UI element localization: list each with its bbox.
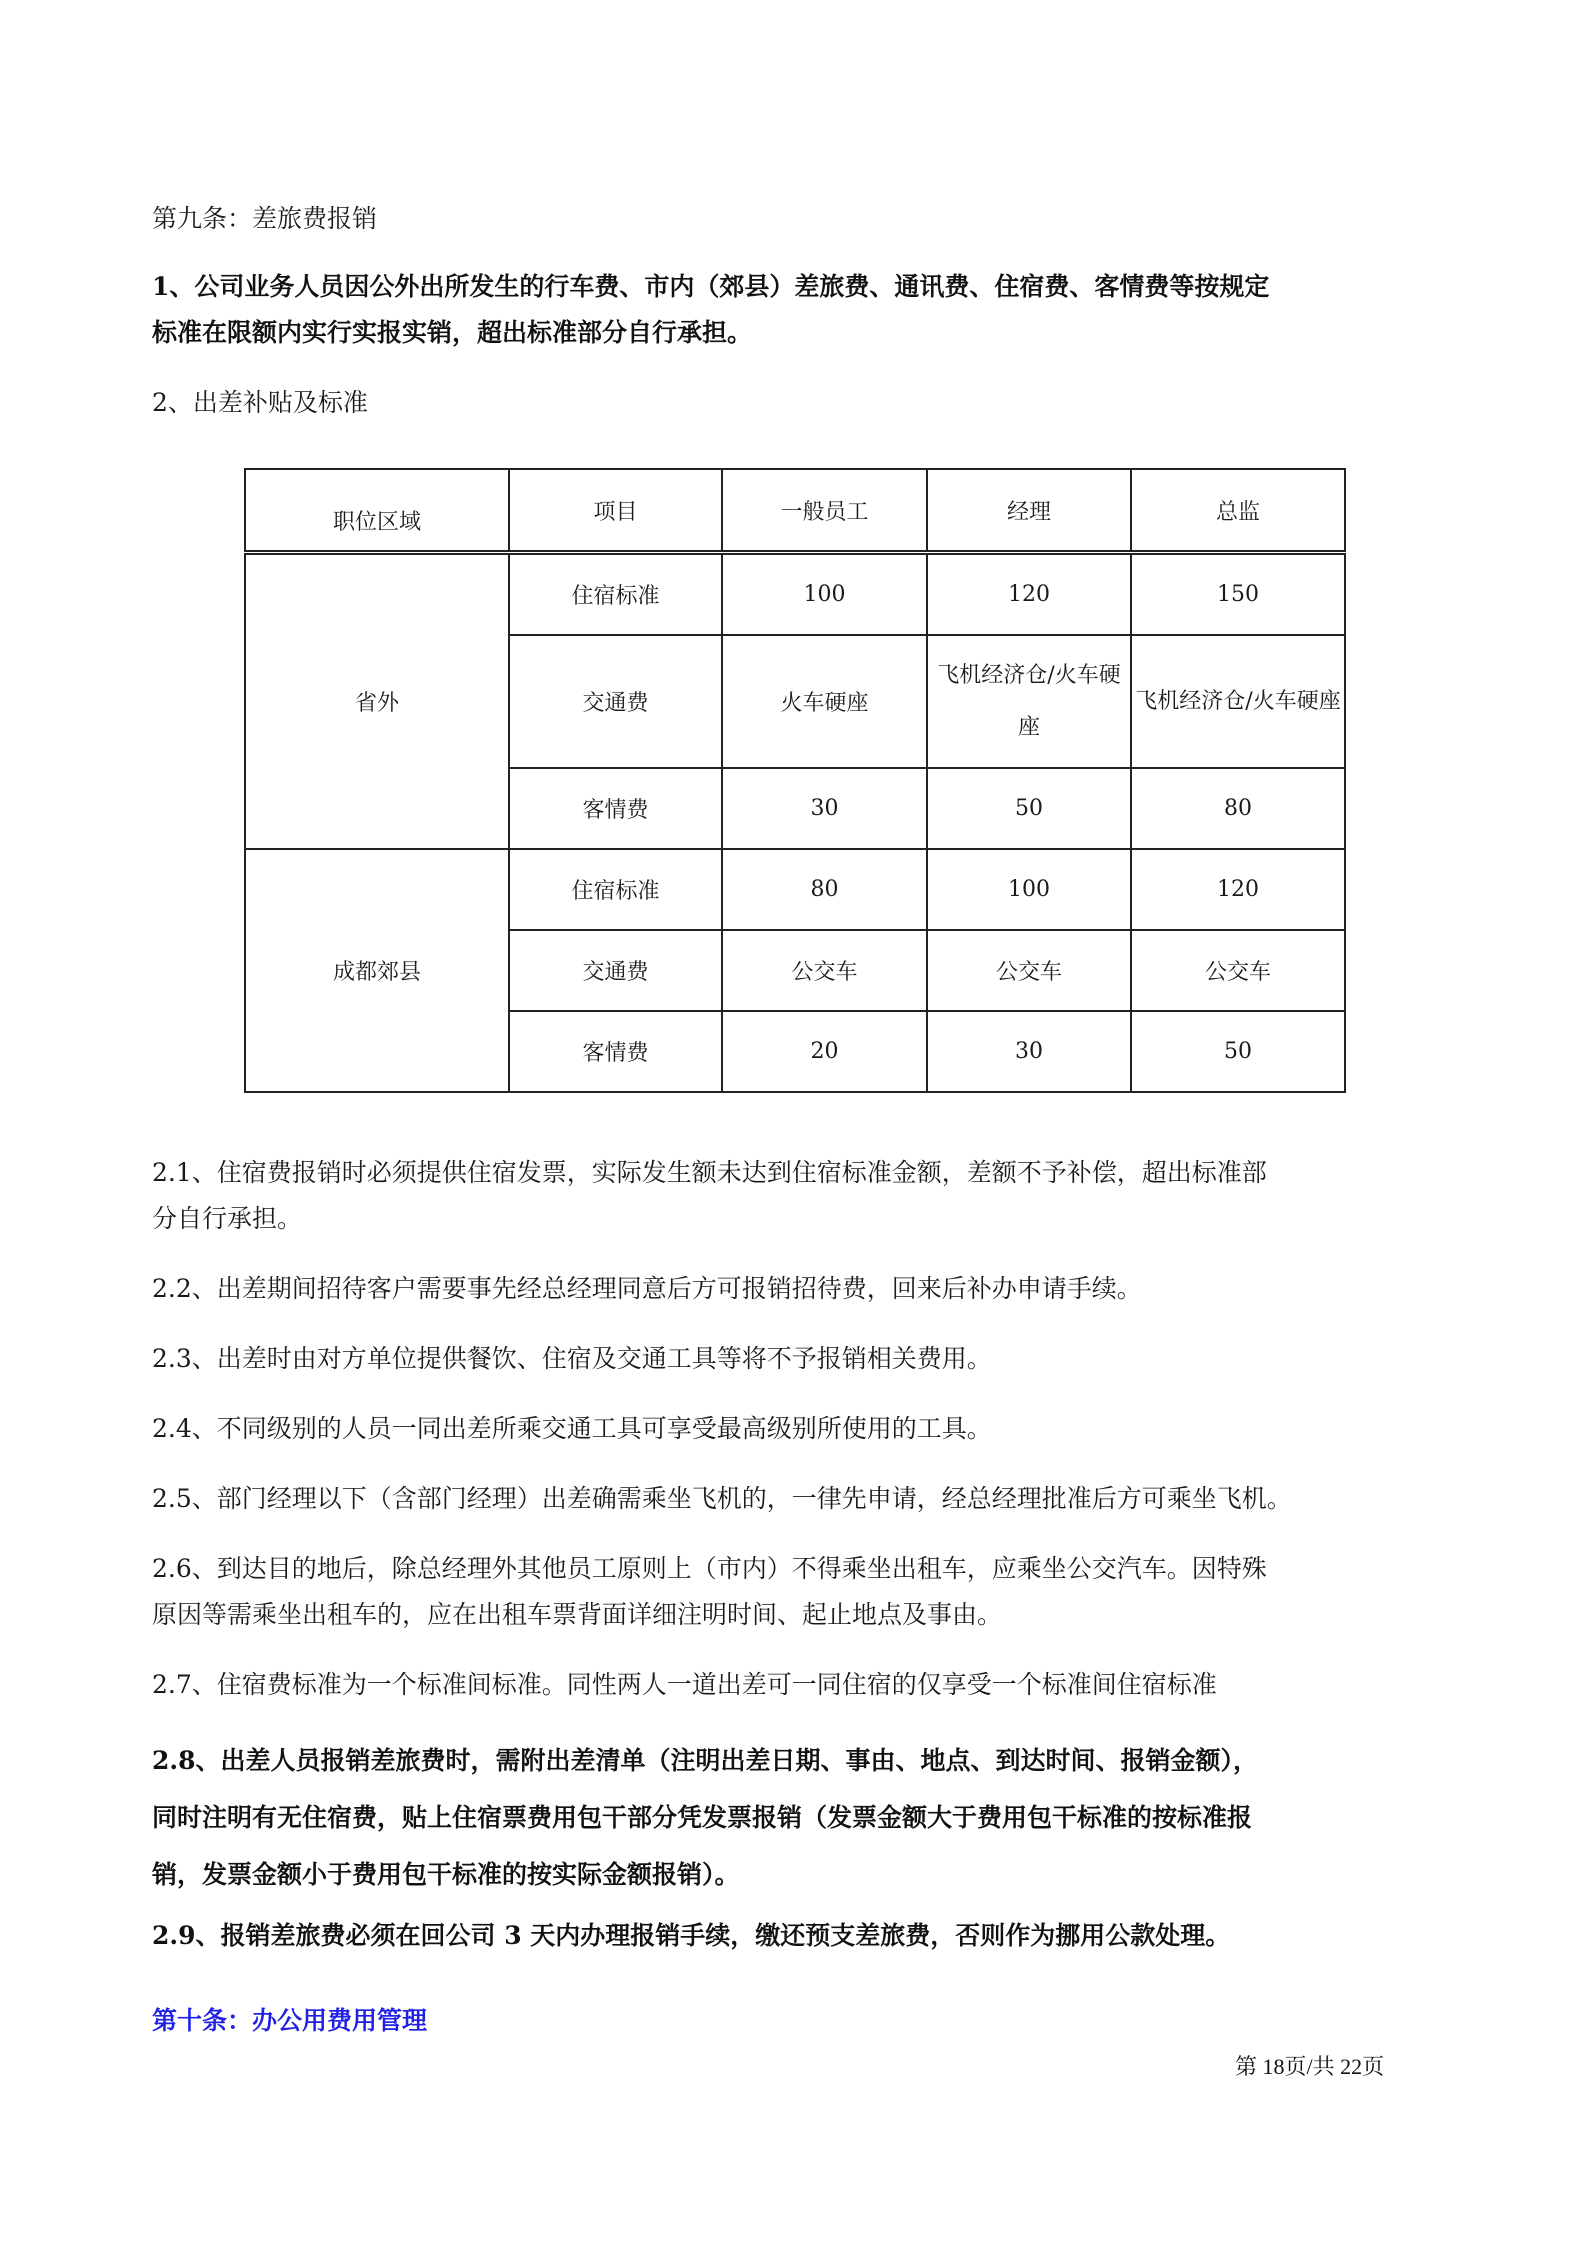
rule-2-2: 2.2、出差期间招待客户需要事先经总经理同意后方可报销招待费，回来后补办申请手续…	[152, 1266, 1402, 1312]
manager-cell: 120	[927, 553, 1131, 636]
header-manager: 经理	[927, 469, 1131, 553]
manager-cell: 飞机经济仓/火车硬座	[927, 635, 1131, 768]
header-staff: 一般员工	[722, 469, 927, 553]
director-cell: 150	[1131, 553, 1345, 636]
rule-2-5: 2.5、部门经理以下（含部门经理）出差确需乘坐飞机的，一律先申请，经总经理批准后…	[152, 1476, 1402, 1522]
header-director: 总监	[1131, 469, 1345, 553]
rule-2-8-line-2: 同时注明有无住宿费，贴上住宿票费用包干部分凭发票报销（发票金额大于费用包干标准的…	[152, 1795, 1402, 1841]
rule-2-8-line-3: 销，发票金额小于费用包干标准的按实际金额报销）。	[152, 1852, 1402, 1898]
item-cell: 客情费	[509, 768, 722, 849]
director-cell: 公交车	[1131, 930, 1345, 1011]
staff-cell: 20	[722, 1011, 927, 1092]
director-cell: 50	[1131, 1011, 1345, 1092]
page-number: 第 18页/共 22页	[1235, 2050, 1384, 2081]
item-cell: 交通费	[509, 930, 722, 1011]
staff-cell: 100	[722, 553, 927, 636]
article-9-title: 第九条：差旅费报销	[152, 196, 1402, 242]
director-cell: 120	[1131, 849, 1345, 930]
header-region: 职位区域	[245, 469, 509, 553]
document-page: 第九条：差旅费报销 1、公司业务人员因公外出所发生的行车费、市内（郊县）差旅费、…	[0, 0, 1587, 2245]
staff-cell: 火车硬座	[722, 635, 927, 768]
rule-2-8-line-1: 2.8、出差人员报销差旅费时，需附出差清单（注明出差日期、事由、地点、到达时间、…	[152, 1738, 1402, 1784]
rule-2-9: 2.9、报销差旅费必须在回公司 3 天内办理报销手续，缴还预支差旅费，否则作为挪…	[152, 1913, 1402, 1959]
region-cell: 成都郊县	[245, 849, 509, 1092]
table-row: 省外 住宿标准 100 120 150	[245, 553, 1345, 636]
rule-2-7: 2.7、住宿费标准为一个标准间标准。同性两人一道出差可一同住宿的仅享受一个标准间…	[152, 1662, 1402, 1708]
paragraph-1-line-1: 1、公司业务人员因公外出所发生的行车费、市内（郊县）差旅费、通讯费、住宿费、客情…	[152, 264, 1402, 310]
manager-cell: 100	[927, 849, 1131, 930]
manager-cell: 50	[927, 768, 1131, 849]
rule-2-1-line-2: 分自行承担。	[152, 1196, 1402, 1242]
item-cell: 住宿标准	[509, 553, 722, 636]
rule-2-6-line-2: 原因等需乘坐出租车的，应在出租车票背面详细注明时间、起止地点及事由。	[152, 1592, 1402, 1638]
manager-cell-text: 飞机经济仓/火车硬座	[928, 650, 1130, 754]
rule-2-6-line-1: 2.6、到达目的地后，除总经理外其他员工原则上（市内）不得乘坐出租车，应乘坐公交…	[152, 1546, 1402, 1592]
rule-2-4: 2.4、不同级别的人员一同出差所乘交通工具可享受最高级别所使用的工具。	[152, 1406, 1402, 1452]
rule-2-3: 2.3、出差时由对方单位提供餐饮、住宿及交通工具等将不予报销相关费用。	[152, 1336, 1402, 1382]
paragraph-1-line-2: 标准在限额内实行实报实销，超出标准部分自行承担。	[152, 310, 1402, 356]
staff-cell: 80	[722, 849, 927, 930]
director-cell: 80	[1131, 768, 1345, 849]
region-cell: 省外	[245, 553, 509, 850]
item-cell: 交通费	[509, 635, 722, 768]
manager-cell: 30	[927, 1011, 1131, 1092]
travel-allowance-table: 职位区域 项目 一般员工 经理 总监 省外 住宿标准 100 120 150 交…	[244, 468, 1346, 1093]
item-cell: 住宿标准	[509, 849, 722, 930]
staff-cell: 公交车	[722, 930, 927, 1011]
manager-cell: 公交车	[927, 930, 1131, 1011]
table-row: 成都郊县 住宿标准 80 100 120	[245, 849, 1345, 930]
paragraph-2: 2、出差补贴及标准	[152, 380, 1402, 426]
header-item: 项目	[509, 469, 722, 553]
director-cell-text: 飞机经济仓/火车硬座	[1135, 676, 1340, 728]
staff-cell: 30	[722, 768, 927, 849]
table-header-row: 职位区域 项目 一般员工 经理 总监	[245, 469, 1345, 553]
rule-2-1-line-1: 2.1、住宿费报销时必须提供住宿发票，实际发生额未达到住宿标准金额，差额不予补偿…	[152, 1150, 1402, 1196]
director-cell: 飞机经济仓/火车硬座	[1131, 635, 1345, 768]
article-10-title: 第十条：办公用费用管理	[152, 1998, 1402, 2044]
item-cell: 客情费	[509, 1011, 722, 1092]
